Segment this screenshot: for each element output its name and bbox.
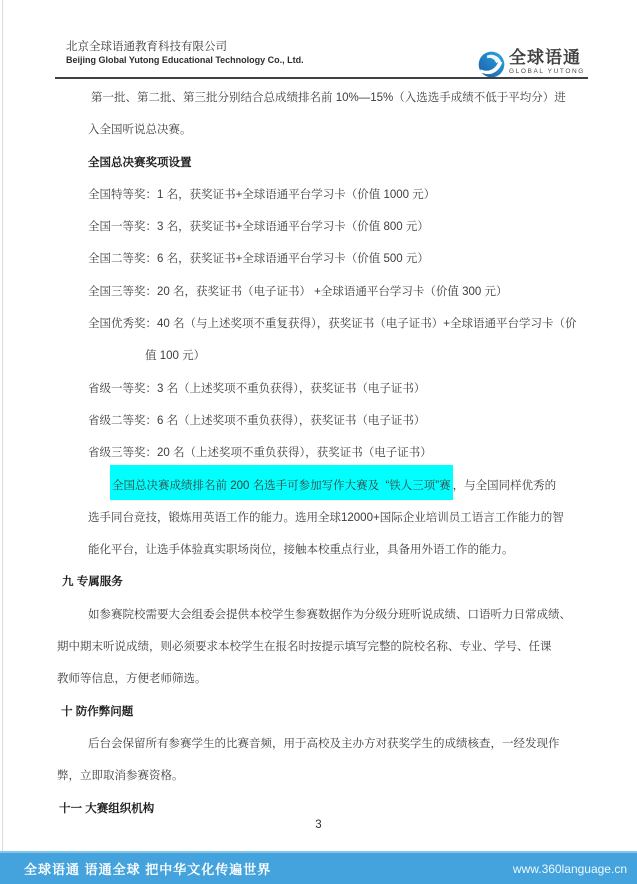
- doc-text-line: 全国优秀奖：40 名（与上述奖项不重复获得），获奖证书（电子证书）+全球语通平台…: [57, 308, 617, 340]
- doc-text-line: 入全国听说总决赛。: [57, 114, 617, 146]
- header-divider-line: [55, 77, 588, 79]
- doc-text-line: 省级一等奖：3 名（上述奖项不重负获得），获奖证书（电子证书）: [57, 373, 617, 405]
- doc-text-line: 全国特等奖：1 名，获奖证书+全球语通平台学习卡（价值 1000 元）: [57, 179, 617, 211]
- doc-heading-line: 九 专属服务: [57, 566, 617, 598]
- doc-heading-line: 全国总决赛奖项设置: [57, 147, 617, 179]
- doc-text-line: 全国一等奖：3 名，获奖证书+全球语通平台学习卡（价值 800 元）: [57, 211, 617, 243]
- footer-bar: 全球语通 语通全球 把中华文化传遍世界 www.360language.cn: [0, 851, 637, 884]
- global-yutong-logo: 全球语通 GLOBAL YUTONG: [478, 49, 585, 78]
- highlighted-text: 全国总决赛成绩排名前 200 名选手可参加写作大赛及 “铁人三项”赛: [110, 465, 453, 500]
- page-left-edge: [2, 0, 3, 884]
- footer-slogan: 全球语通 语通全球 把中华文化传遍世界: [24, 859, 271, 878]
- doc-text-line: 全国三等奖：20 名，获奖证书（电子证书） +全球语通平台学习卡（价值 300 …: [57, 276, 617, 308]
- doc-text-line: 选手同台竞技，锻炼用英语工作的能力。选用全球12000+国际企业培训员工语言工作…: [57, 502, 617, 534]
- doc-text-line: 全国二等奖：6 名，获奖证书+全球语通平台学习卡（价值 500 元）: [57, 243, 617, 275]
- document-body: 第一批、第二批、第三批分别结合总成绩排名前 10%—15%（入选选手成绩不低于平…: [57, 82, 617, 825]
- doc-text-line: 全国总决赛成绩排名前 200 名选手可参加写作大赛及 “铁人三项”赛，与全国同样…: [57, 470, 617, 502]
- header-company-name-cn: 北京全球语通教育科技有限公司: [66, 38, 227, 54]
- global-yutong-logo-icon: [478, 51, 505, 78]
- doc-text-line: 弊，立即取消参赛资格。: [57, 760, 617, 792]
- document-page: 北京全球语通教育科技有限公司 Beijing Global Yutong Edu…: [0, 0, 637, 884]
- doc-text-line: 第一批、第二批、第三批分别结合总成绩排名前 10%—15%（入选选手成绩不低于平…: [57, 82, 617, 114]
- doc-text-line: 能化平台，让选手体验真实职场岗位，接触本校重点行业，具备用外语工作的能力。: [57, 534, 617, 566]
- logo-name-cn: 全球语通: [509, 49, 585, 66]
- footer-website: www.360language.cn: [513, 862, 627, 876]
- doc-text-line: 如参赛院校需要大会组委会提供本校学生参赛数据作为分级分班听说成绩、口语听力日常成…: [57, 599, 617, 631]
- doc-text-line: 期中期末听说成绩，则必须要求本校学生在报名时按提示填写完整的院校名称、专业、学号…: [57, 631, 617, 663]
- doc-text-line: 省级二等奖：6 名（上述奖项不重负获得），获奖证书（电子证书）: [57, 405, 617, 437]
- logo-name-en: GLOBAL YUTONG: [509, 68, 585, 75]
- doc-heading-line: 十 防作弊问题: [57, 696, 617, 728]
- doc-text-line: 后台会保留所有参赛学生的比赛音频，用于高校及主办方对获奖学生的成绩核查，一经发现…: [57, 728, 617, 760]
- logo-text: 全球语通 GLOBAL YUTONG: [509, 49, 585, 75]
- page-number: 3: [0, 819, 637, 831]
- doc-text-line: 教师等信息，方便老师筛选。: [57, 663, 617, 695]
- doc-text-line: 值 100 元）: [57, 340, 617, 372]
- header-company-name-en: Beijing Global Yutong Educational Techno…: [66, 55, 304, 65]
